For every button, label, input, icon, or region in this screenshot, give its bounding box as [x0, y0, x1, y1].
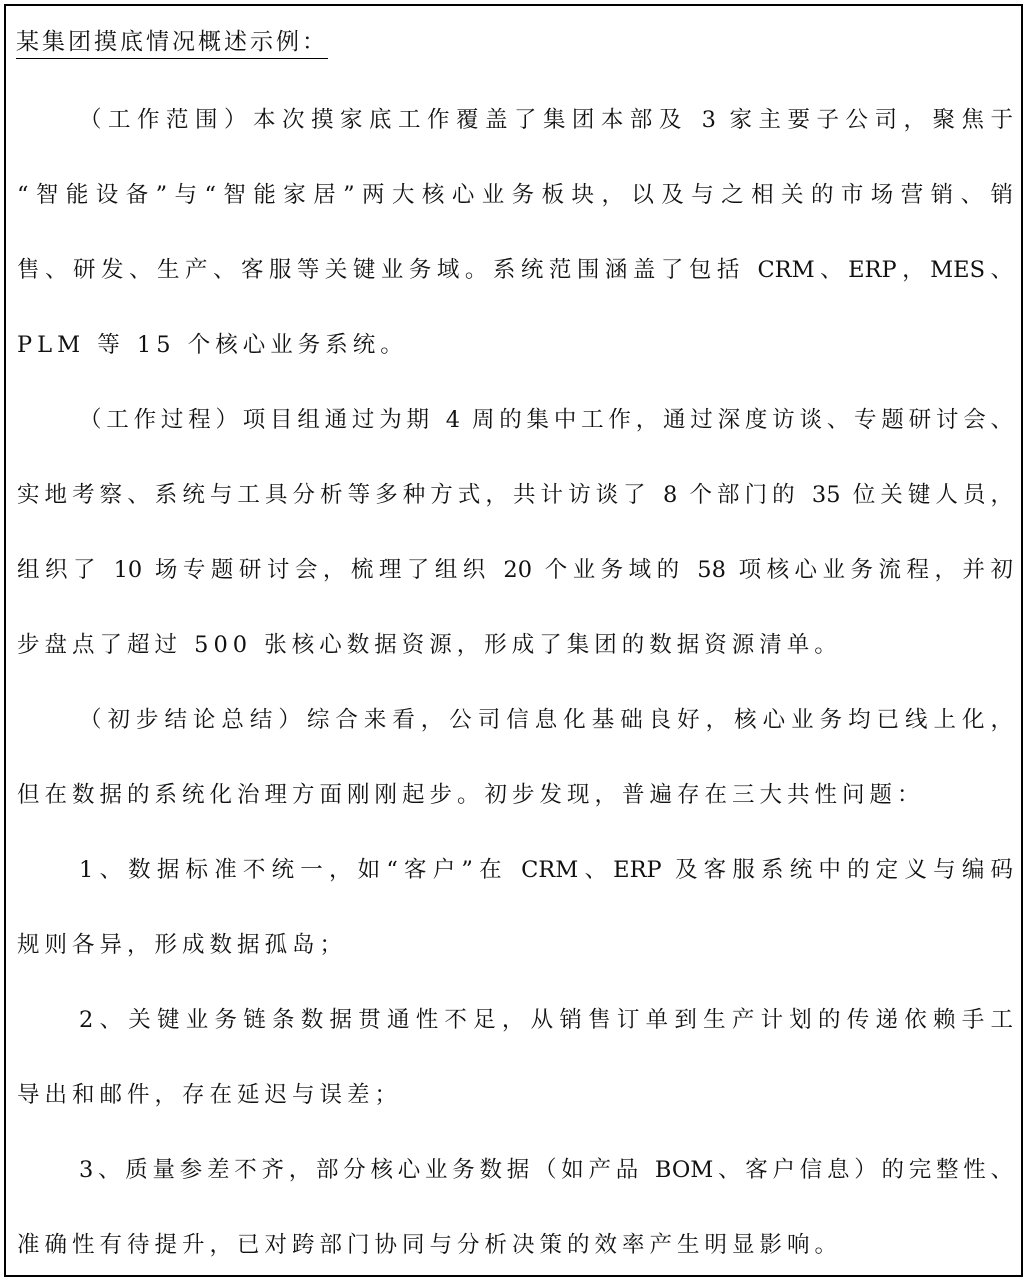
paragraph-process-line-3: 组织了 10 场专题研讨会，梳理了组织 20 个业务域的 58 项核心业务流程，…: [17, 553, 1013, 587]
issue-1-line-2: 规则各异，形成数据孤岛；: [17, 928, 1013, 962]
paragraph-conclusion-line-2: 但在数据的系统化治理方面刚刚起步。初步发现，普遍存在三大共性问题：: [17, 778, 1013, 812]
issue-2-line-2: 导出和邮件，存在延迟与误差；: [17, 1078, 1013, 1112]
document-title: 某集团摸底情况概述示例：: [16, 27, 328, 59]
paragraph-scope-line-2: “智能设备”与“智能家居”两大核心业务板块，以及与之相关的市场营销、销: [17, 178, 1013, 212]
paragraph-process-line-4: 步盘点了超过 500 张核心数据资源，形成了集团的数据资源清单。: [17, 628, 1013, 662]
paragraph-process-line-1: （工作过程）项目组通过为期 4 周的集中工作，通过深度访谈、专题研讨会、: [79, 403, 1013, 437]
issue-1-line-1: 1、数据标准不统一，如“客户”在 CRM、ERP 及客服系统中的定义与编码: [79, 853, 1013, 887]
paragraph-conclusion-line-1: （初步结论总结）综合来看，公司信息化基础良好，核心业务均已线上化，: [79, 703, 1013, 737]
paragraph-scope-line-1: （工作范围）本次摸家底工作覆盖了集团本部及 3 家主要子公司，聚焦于: [79, 103, 1013, 137]
paragraph-scope-line-3: 售、研发、生产、客服等关键业务域。系统范围涵盖了包括 CRM、ERP，MES、: [17, 253, 1013, 287]
paragraph-process-line-2: 实地考察、系统与工具分析等多种方式，共计访谈了 8 个部门的 35 位关键人员，: [17, 478, 1013, 512]
paragraph-scope-line-4: PLM 等 15 个核心业务系统。: [17, 328, 1013, 362]
issue-3-line-2: 准确性有待提升，已对跨部门协同与分析决策的效率产生明显影响。: [17, 1228, 1013, 1262]
issue-2-line-1: 2、关键业务链条数据贯通性不足，从销售订单到生产计划的传递依赖手工: [79, 1003, 1013, 1037]
issue-3-line-1: 3、质量参差不齐，部分核心业务数据（如产品 BOM、客户信息）的完整性、: [79, 1153, 1013, 1187]
